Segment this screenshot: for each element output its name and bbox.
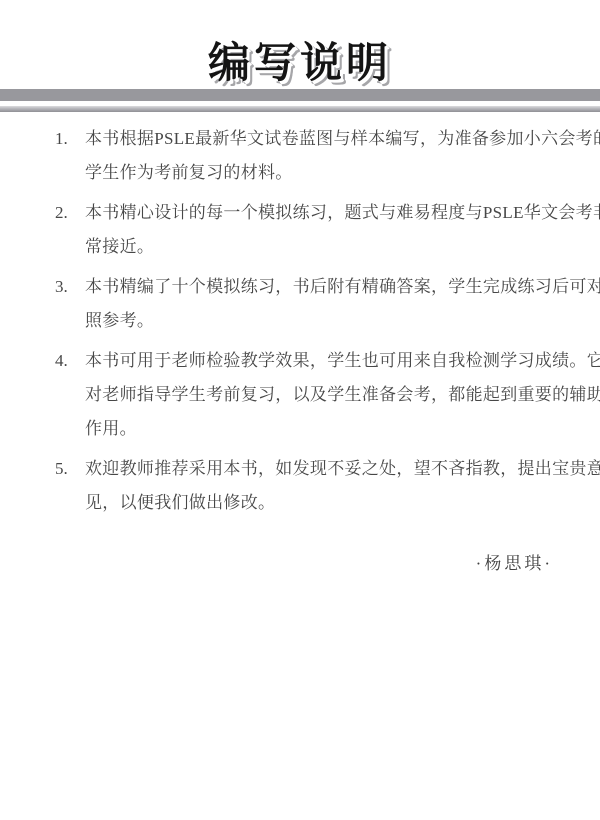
paragraph-line: 欢迎教师推荐采用本书，如发现不妥之处，望不吝指教，提出宝贵意 (85, 452, 600, 486)
item-number: 3. (55, 270, 85, 338)
header-divider-bar-thin (0, 106, 600, 112)
paragraph-line: 本书精编了十个模拟练习，书后附有精确答案，学生完成练习后可对 (85, 270, 600, 304)
paragraph-line: 本书精心设计的每一个模拟练习，题式与难易程度与PSLE华文会考非 (85, 196, 600, 230)
item-number: 5. (55, 452, 85, 520)
list-item: 2. 本书精心设计的每一个模拟练习，题式与难易程度与PSLE华文会考非 常接近。 (55, 196, 555, 264)
paragraph-line: 本书根据PSLE最新华文试卷蓝图与样本编写，为准备参加小六会考的 (85, 122, 600, 156)
paragraph-line: 对老师指导学生考前复习，以及学生准备会考，都能起到重要的辅助 (85, 378, 600, 412)
list-item: 4. 本书可用于老师检验教学效果，学生也可用来自我检测学习成绩。它 对老师指导学… (55, 344, 555, 446)
paragraph-line: 见，以便我们做出修改。 (85, 486, 600, 520)
paragraph-line: 常接近。 (85, 230, 600, 264)
paragraph-line: 作用。 (85, 412, 600, 446)
paragraph-line: 照参考。 (85, 304, 600, 338)
list-item: 5. 欢迎教师推荐采用本书，如发现不妥之处，望不吝指教，提出宝贵意 见，以便我们… (55, 452, 555, 520)
preface-item-list: 1. 本书根据PSLE最新华文试卷蓝图与样本编写，为准备参加小六会考的 学生作为… (55, 122, 555, 526)
item-text: 本书根据PSLE最新华文试卷蓝图与样本编写，为准备参加小六会考的 学生作为考前复… (85, 122, 600, 190)
author-signature: ·杨思琪· (476, 552, 553, 576)
page-title: 编写说明 (0, 30, 600, 90)
item-text: 本书可用于老师检验教学效果，学生也可用来自我检测学习成绩。它 对老师指导学生考前… (85, 344, 600, 446)
list-item: 3. 本书精编了十个模拟练习，书后附有精确答案，学生完成练习后可对 照参考。 (55, 270, 555, 338)
item-number: 4. (55, 344, 85, 446)
item-number: 1. (55, 122, 85, 190)
list-item: 1. 本书根据PSLE最新华文试卷蓝图与样本编写，为准备参加小六会考的 学生作为… (55, 122, 555, 190)
paragraph-line: 学生作为考前复习的材料。 (85, 156, 600, 190)
item-number: 2. (55, 196, 85, 264)
paragraph-line: 本书可用于老师检验教学效果，学生也可用来自我检测学习成绩。它 (85, 344, 600, 378)
item-text: 本书精编了十个模拟练习，书后附有精确答案，学生完成练习后可对 照参考。 (85, 270, 600, 338)
item-text: 本书精心设计的每一个模拟练习，题式与难易程度与PSLE华文会考非 常接近。 (85, 196, 600, 264)
header-divider-bar (0, 89, 600, 101)
book-preface-page: 编写说明 1. 本书根据PSLE最新华文试卷蓝图与样本编写，为准备参加小六会考的… (0, 0, 600, 820)
item-text: 欢迎教师推荐采用本书，如发现不妥之处，望不吝指教，提出宝贵意 见，以便我们做出修… (85, 452, 600, 520)
